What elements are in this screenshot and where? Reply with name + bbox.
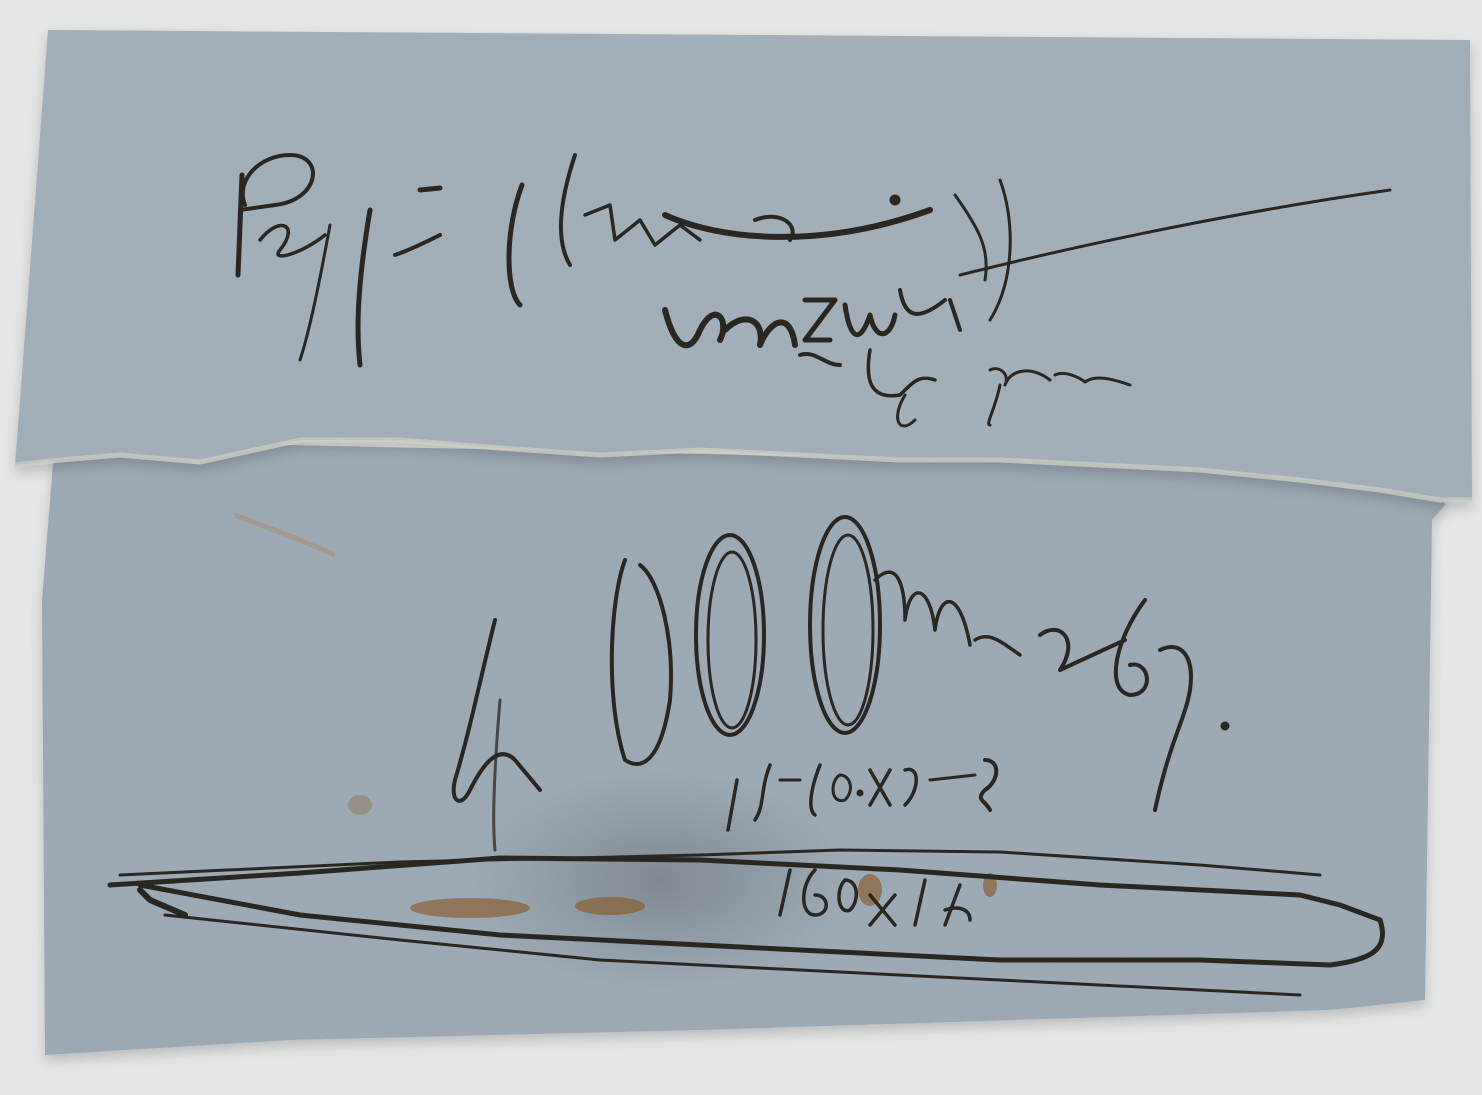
specimen-packet-photo: Peziza (humana?) humana? venzulica in li… [0, 0, 1482, 1095]
smudge-stain [470, 770, 850, 990]
packet-illustration [0, 0, 1482, 1095]
packet-flap [15, 30, 1472, 500]
